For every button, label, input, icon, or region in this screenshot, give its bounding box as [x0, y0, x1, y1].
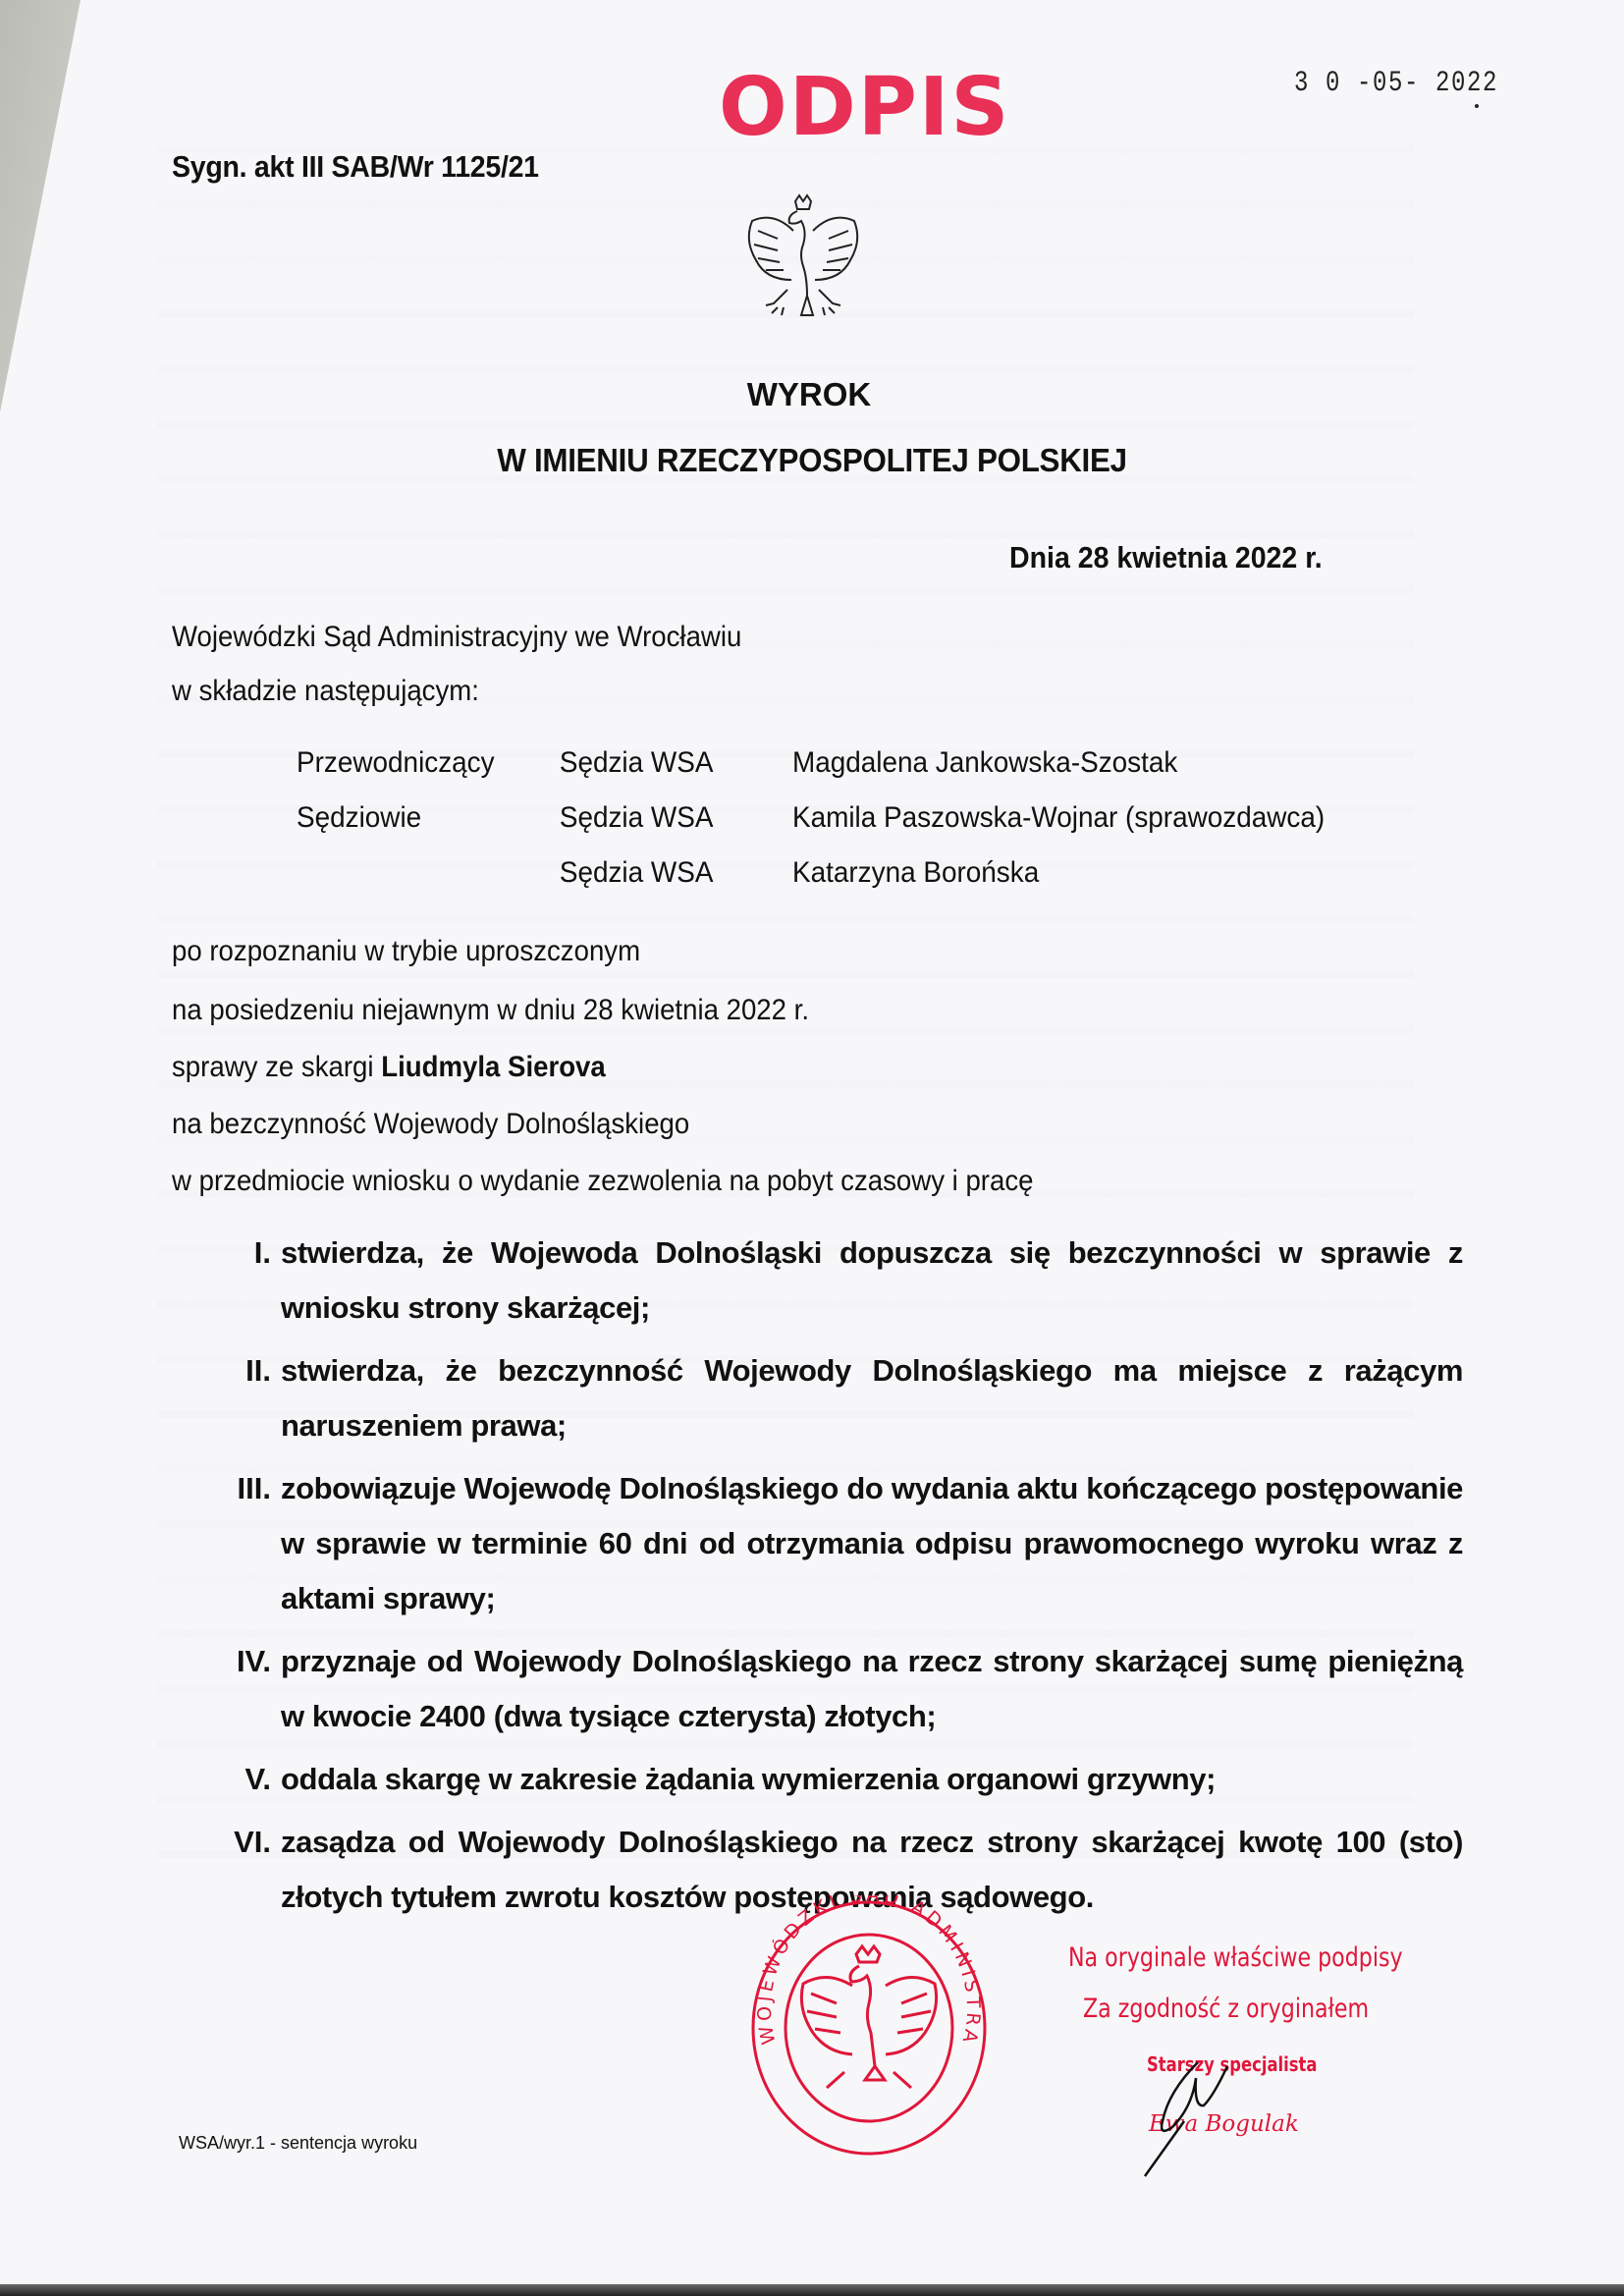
proceedings-line-3: sprawy ze skargi Liudmyla Sierova: [172, 1051, 606, 1084]
bench-title: Sędzia WSA: [560, 746, 792, 801]
seal-text: WOJEWÓDZKI SĄD ADMINISTRACYJNY WE WROCŁA…: [746, 1895, 984, 2049]
scanner-bottom-edge: [0, 2284, 1624, 2296]
ruling-text: zobowiązuje Wojewodę Dolnośląskiego do w…: [281, 1461, 1463, 1626]
proceedings-line-2: na posiedzeniu niejawnym w dniu 28 kwiet…: [172, 994, 809, 1027]
form-footer: WSA/wyr.1 - sentencja wyroku: [179, 2133, 417, 2154]
certification-line-1: Na oryginale właściwe podpisy: [1068, 1942, 1403, 1973]
proceedings-line-1: po rozpoznaniu w trybie uproszczonym: [172, 935, 640, 968]
bench-row: Sędzia WSA Katarzyna Borońska: [297, 856, 1325, 911]
bench-role: Przewodniczący: [297, 746, 560, 801]
proceedings-line-5: w przedmiocie wniosku o wydanie zezwolen…: [172, 1165, 1034, 1198]
bench-row: Sędziowie Sędzia WSA Kamila Paszowska-Wo…: [297, 801, 1325, 856]
bench-name: Magdalena Jankowska-Szostak: [792, 746, 1325, 801]
ruling-item: III.zobowiązuje Wojewodę Dolnośląskiego …: [196, 1461, 1463, 1626]
proceedings-line-4: na bezczynność Wojewody Dolnośląskiego: [172, 1108, 689, 1141]
received-date-stamp: 3 0 -05- 2022: [1294, 67, 1498, 100]
ruling-text: oddala skargę w zakresie żądania wymierz…: [281, 1752, 1463, 1807]
ruling-text: stwierdza, że bezczynność Wojewody Dolno…: [281, 1343, 1463, 1453]
bench-name: Kamila Paszowska-Wojnar (sprawozdawca): [792, 801, 1325, 856]
ruling-list: I.stwierdza, że Wojewoda Dolnośląski dop…: [196, 1226, 1463, 1933]
ruling-number: VI.: [196, 1815, 281, 1925]
ruling-number: III.: [196, 1461, 281, 1626]
bench-row: Przewodniczący Sędzia WSA Magdalena Jank…: [297, 746, 1325, 801]
complaint-prefix: sprawy ze skargi: [172, 1051, 381, 1083]
speck: [1475, 104, 1479, 108]
ruling-item: IV.przyznaje od Wojewody Dolnośląskiego …: [196, 1634, 1463, 1744]
copy-stamp: ODPIS: [719, 61, 1010, 154]
complainant-name: Liudmyla Sierova: [381, 1051, 606, 1083]
handwritten-signature-icon: [1129, 2043, 1247, 2180]
judgment-date: Dnia 28 kwietnia 2022 r.: [1009, 540, 1323, 575]
document-title: WYROK: [0, 376, 1621, 413]
certification-line-2: Za zgodność z oryginałem: [1083, 1994, 1369, 2024]
court-seal-icon: WOJEWÓDZKI SĄD ADMINISTRACYJNY WE WROCŁA…: [746, 1895, 992, 2160]
ruling-number: I.: [196, 1226, 281, 1336]
ruling-number: II.: [196, 1343, 281, 1453]
ruling-text: przyznaje od Wojewody Dolnośląskiego na …: [281, 1634, 1463, 1744]
polish-eagle-icon: [738, 191, 868, 329]
bench-role: [297, 856, 560, 911]
bench-role: Sędziowie: [297, 801, 560, 856]
bench-name: Katarzyna Borońska: [792, 856, 1325, 911]
ruling-item: I.stwierdza, że Wojewoda Dolnośląski dop…: [196, 1226, 1463, 1336]
case-signature: Sygn. akt III SAB/Wr 1125/21: [172, 149, 539, 185]
court-name: Wojewódzki Sąd Administracyjny we Wrocła…: [172, 621, 741, 654]
document-subtitle: W IMIENIU RZECZYPOSPOLITEJ POLSKIEJ: [40, 442, 1583, 479]
bench-composition: Przewodniczący Sędzia WSA Magdalena Jank…: [297, 746, 1325, 911]
svg-text:WOJEWÓDZKI SĄD ADMINISTRACYJNY: WOJEWÓDZKI SĄD ADMINISTRACYJNY WE WROCŁA…: [746, 1895, 984, 2049]
ruling-text: stwierdza, że Wojewoda Dolnośląski dopus…: [281, 1226, 1463, 1336]
bench-title: Sędzia WSA: [560, 856, 792, 911]
ruling-item: II.stwierdza, że bezczynność Wojewody Do…: [196, 1343, 1463, 1453]
composition-intro: w składzie następującym:: [172, 675, 479, 708]
ruling-number: IV.: [196, 1634, 281, 1744]
ruling-item: V.oddala skargę w zakresie żądania wymie…: [196, 1752, 1463, 1807]
ruling-number: V.: [196, 1752, 281, 1807]
bench-title: Sędzia WSA: [560, 801, 792, 856]
